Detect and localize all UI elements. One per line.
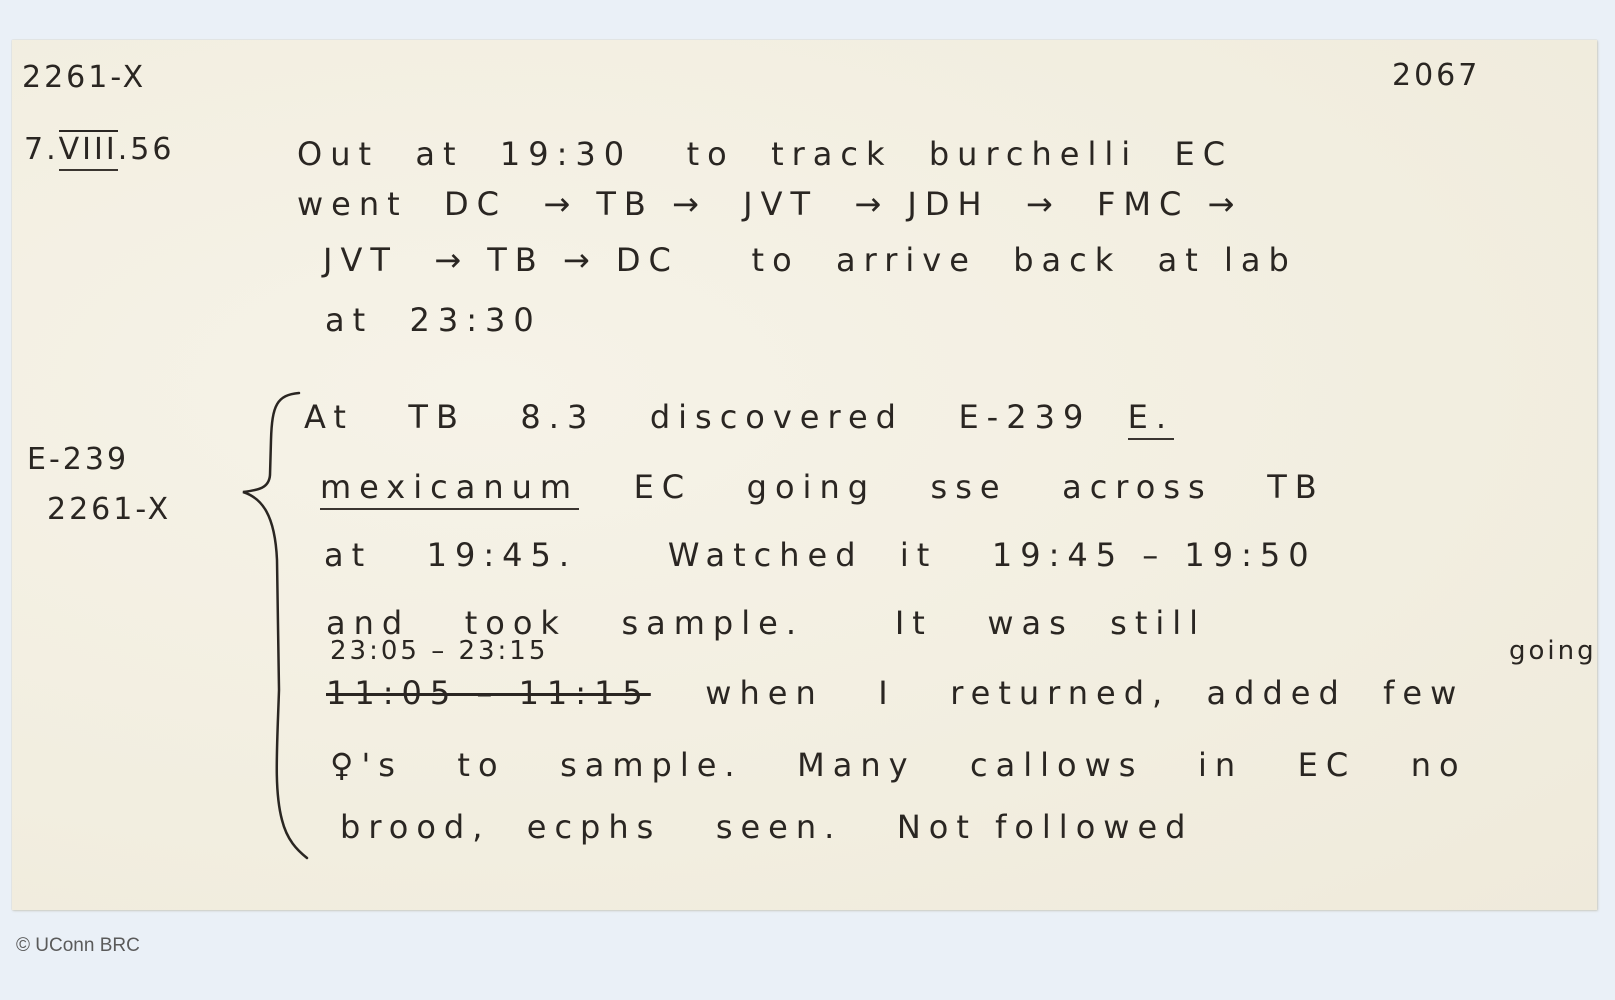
margin-colony-label: E-239 [27, 442, 129, 477]
date-month-roman: VIII [59, 130, 118, 171]
struck-out-times: 11:05 – 11:15 [326, 674, 651, 712]
entry-1-text: Out at 19:30 to track burchelli EC went … [297, 135, 1557, 395]
time-correction-insert: 23:05 – 23:15 [330, 636, 548, 666]
card-id-top-left: 2261-X [22, 60, 146, 95]
genus-abbrev: E. [1128, 398, 1174, 440]
margin-id-label: 2261-X [47, 492, 171, 527]
entry-2-text: At TB 8.3 discovered E-239 E. mexicanum … [304, 398, 1564, 878]
entry-1-line: at 23:30 [325, 301, 542, 339]
entry-2-line: ♀'s to sample. Many callows in EC no [330, 746, 1467, 784]
entry-1-line: went DC → TB → JVT → JDH → FMC → [297, 185, 1242, 223]
entry-2-line: 11:05 – 11:15 when I returned, added few [326, 674, 1464, 712]
entry-2-line: At TB 8.3 discovered E-239 E. [304, 398, 1174, 436]
entry-date: 7.VIII.56 [24, 132, 174, 167]
entry-2-line: mexicanum EC going sse across TB [320, 468, 1325, 506]
card-number-top-right: 2067 [1392, 58, 1480, 93]
entry-1-line: JVT → TB → DC to arrive back at lab [323, 241, 1297, 279]
date-day: 7. [24, 132, 59, 167]
field-note-card: 2261-X 2067 7.VIII.56 Out at 19:30 to tr… [12, 40, 1597, 910]
entry-2-line: at 19:45. Watched it 19:45 – 19:50 [324, 536, 1317, 574]
date-year: .56 [118, 132, 175, 167]
copyright-notice: © UConn BRC [16, 935, 140, 957]
species-name: mexicanum [320, 468, 579, 510]
entry-2-line: brood, ecphs seen. Not followed [340, 808, 1193, 846]
entry-1-line: Out at 19:30 to track burchelli EC [297, 135, 1233, 173]
inserted-word-going: going [1509, 636, 1597, 666]
